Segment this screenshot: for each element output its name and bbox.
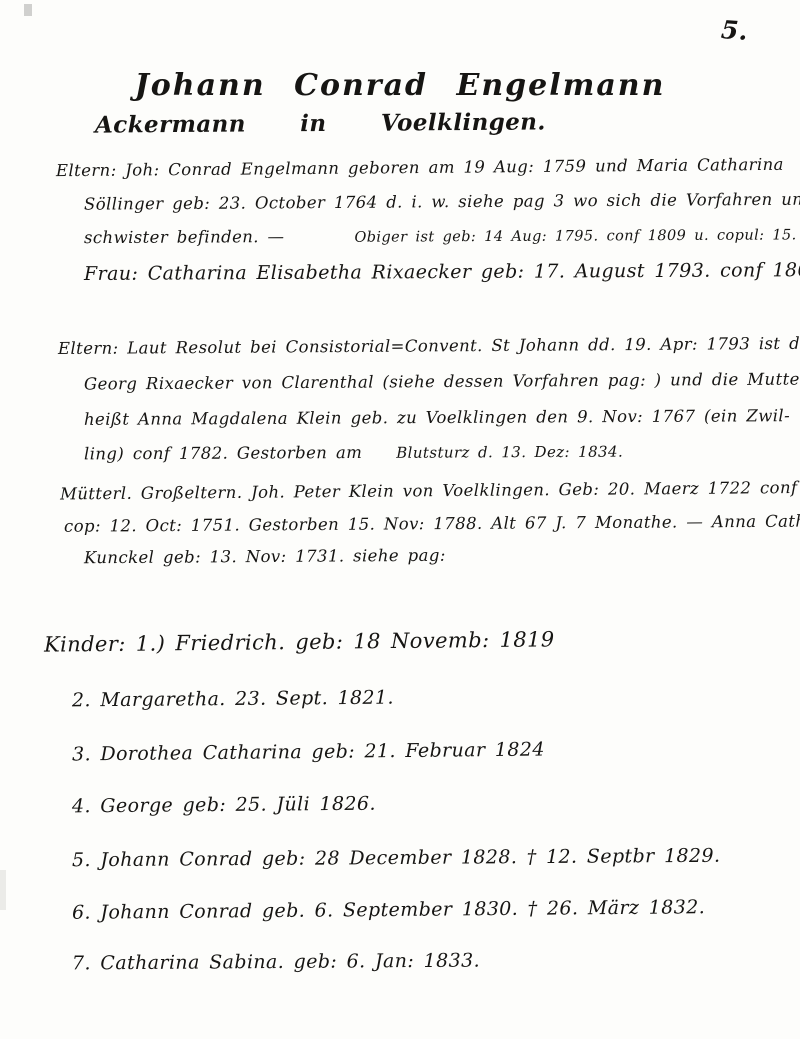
child-entry: 6. Johann Conrad geb. 6. September 1830.…: [72, 896, 705, 924]
wife-parents-line-3: heißt Anna Magdalena Klein geb. zu Voelk…: [84, 406, 790, 429]
grandparents-line-1: Mütterl. Großeltern. Joh. Peter Klein vo…: [60, 478, 800, 504]
grandparents-line-3: Kunckel geb: 13. Nov: 1731. siehe pag:: [84, 546, 446, 568]
child-entry: 3. Dorothea Catharina geb: 21. Februar 1…: [72, 739, 545, 766]
wife-parents-line-4-right: Blutsturz d. 13. Dez: 1834.: [396, 443, 623, 462]
wife-parents-line-4-left: ling) conf 1782. Gestorben am: [84, 443, 362, 463]
children-heading-line: Kinder: 1.) Friedrich. geb: 18 Novemb: 1…: [44, 627, 555, 656]
child-entry: 2. Margaretha. 23. Sept. 1821.: [72, 687, 394, 712]
scan-artifact: [0, 870, 6, 910]
wife-line: Frau: Catharina Elisabetha Rixaecker geb…: [84, 259, 800, 285]
page-title: Johann Conrad Engelmann: [0, 68, 800, 103]
page-subtitle: Ackermann in Voelklingen.: [95, 108, 546, 138]
child-entry: 5. Johann Conrad geb: 28 December 1828. …: [72, 845, 721, 872]
parents-line-2: Söllinger geb: 23. October 1764 d. i. w.…: [84, 189, 800, 213]
page-number: 5.: [720, 15, 749, 46]
wife-parents-line-2: Georg Rixaecker von Clarenthal (siehe de…: [84, 369, 800, 393]
grandparents-line-2: cop: 12. Oct: 1751. Gestorben 15. Nov: 1…: [64, 511, 800, 536]
child-entry: 4. George geb: 25. Jüli 1826.: [72, 793, 376, 818]
parents-line-1: Eltern: Joh: Conrad Engelmann geboren am…: [56, 155, 784, 180]
scanned-genealogy-page: 5. Johann Conrad Engelmann Ackermann in …: [0, 0, 800, 1039]
child-entry: 7. Catharina Sabina. geb: 6. Jan: 1833.: [72, 950, 480, 975]
parents-line-3-right: Obiger ist geb: 14 Aug: 1795. conf 1809 …: [354, 227, 800, 246]
scan-artifact: [24, 4, 32, 16]
parents-line-3: schwister befinden. —Obiger ist geb: 14 …: [84, 224, 800, 247]
wife-parents-line-4: ling) conf 1782. Gestorben amBlutsturz d…: [84, 442, 623, 464]
wife-parents-line-1: Eltern: Laut Resolut bei Consistorial=Co…: [58, 333, 800, 358]
parents-line-3-left: schwister befinden. —: [84, 227, 285, 247]
